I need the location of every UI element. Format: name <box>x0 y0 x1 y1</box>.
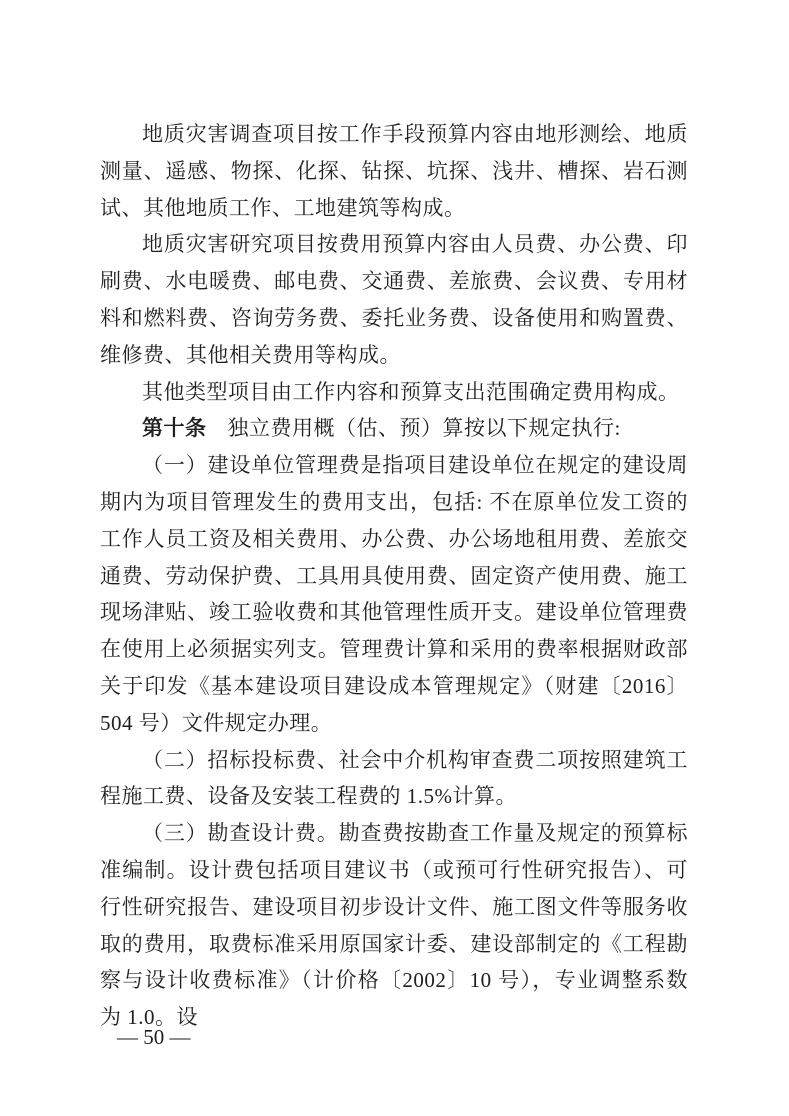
paragraph-survey-budget-items: 地质灾害调查项目按工作手段预算内容由地形测绘、地质测量、遥感、物探、化探、钻探、… <box>100 116 688 226</box>
paragraph-item-3-survey-design-fee: （三）勘查设计费。勘查费按勘查工作量及规定的预算标准编制。设计费包括项目建议书（… <box>100 815 688 1036</box>
article-10-text: 独立费用概（估、预）算按以下规定执行: <box>228 416 621 440</box>
paragraph-article-10: 第十条独立费用概（估、预）算按以下规定执行: <box>100 410 688 447</box>
paragraph-item-2-bidding-fee: （二）招标投标费、社会中介机构审查费二项按照建筑工程施工费、设备及安装工程费的 … <box>100 742 688 816</box>
document-page: 地质灾害调查项目按工作手段预算内容由地形测绘、地质测量、遥感、物探、化探、钻探、… <box>0 0 789 1116</box>
document-body: 地质灾害调查项目按工作手段预算内容由地形测绘、地质测量、遥感、物探、化探、钻探、… <box>100 116 688 1036</box>
page-number: — 50 — <box>117 1025 191 1049</box>
article-10-number: 第十条 <box>142 416 207 440</box>
paragraph-other-project-types: 其他类型项目由工作内容和预算支出范围确定费用构成。 <box>100 374 688 411</box>
page-footer: — 50 — <box>117 1024 191 1050</box>
paragraph-item-1-management-fee: （一）建设单位管理费是指项目建设单位在规定的建设周期内为项目管理发生的费用支出，… <box>100 447 688 741</box>
paragraph-research-budget-items: 地质灾害研究项目按费用预算内容由人员费、办公费、印刷费、水电暖费、邮电费、交通费… <box>100 226 688 373</box>
